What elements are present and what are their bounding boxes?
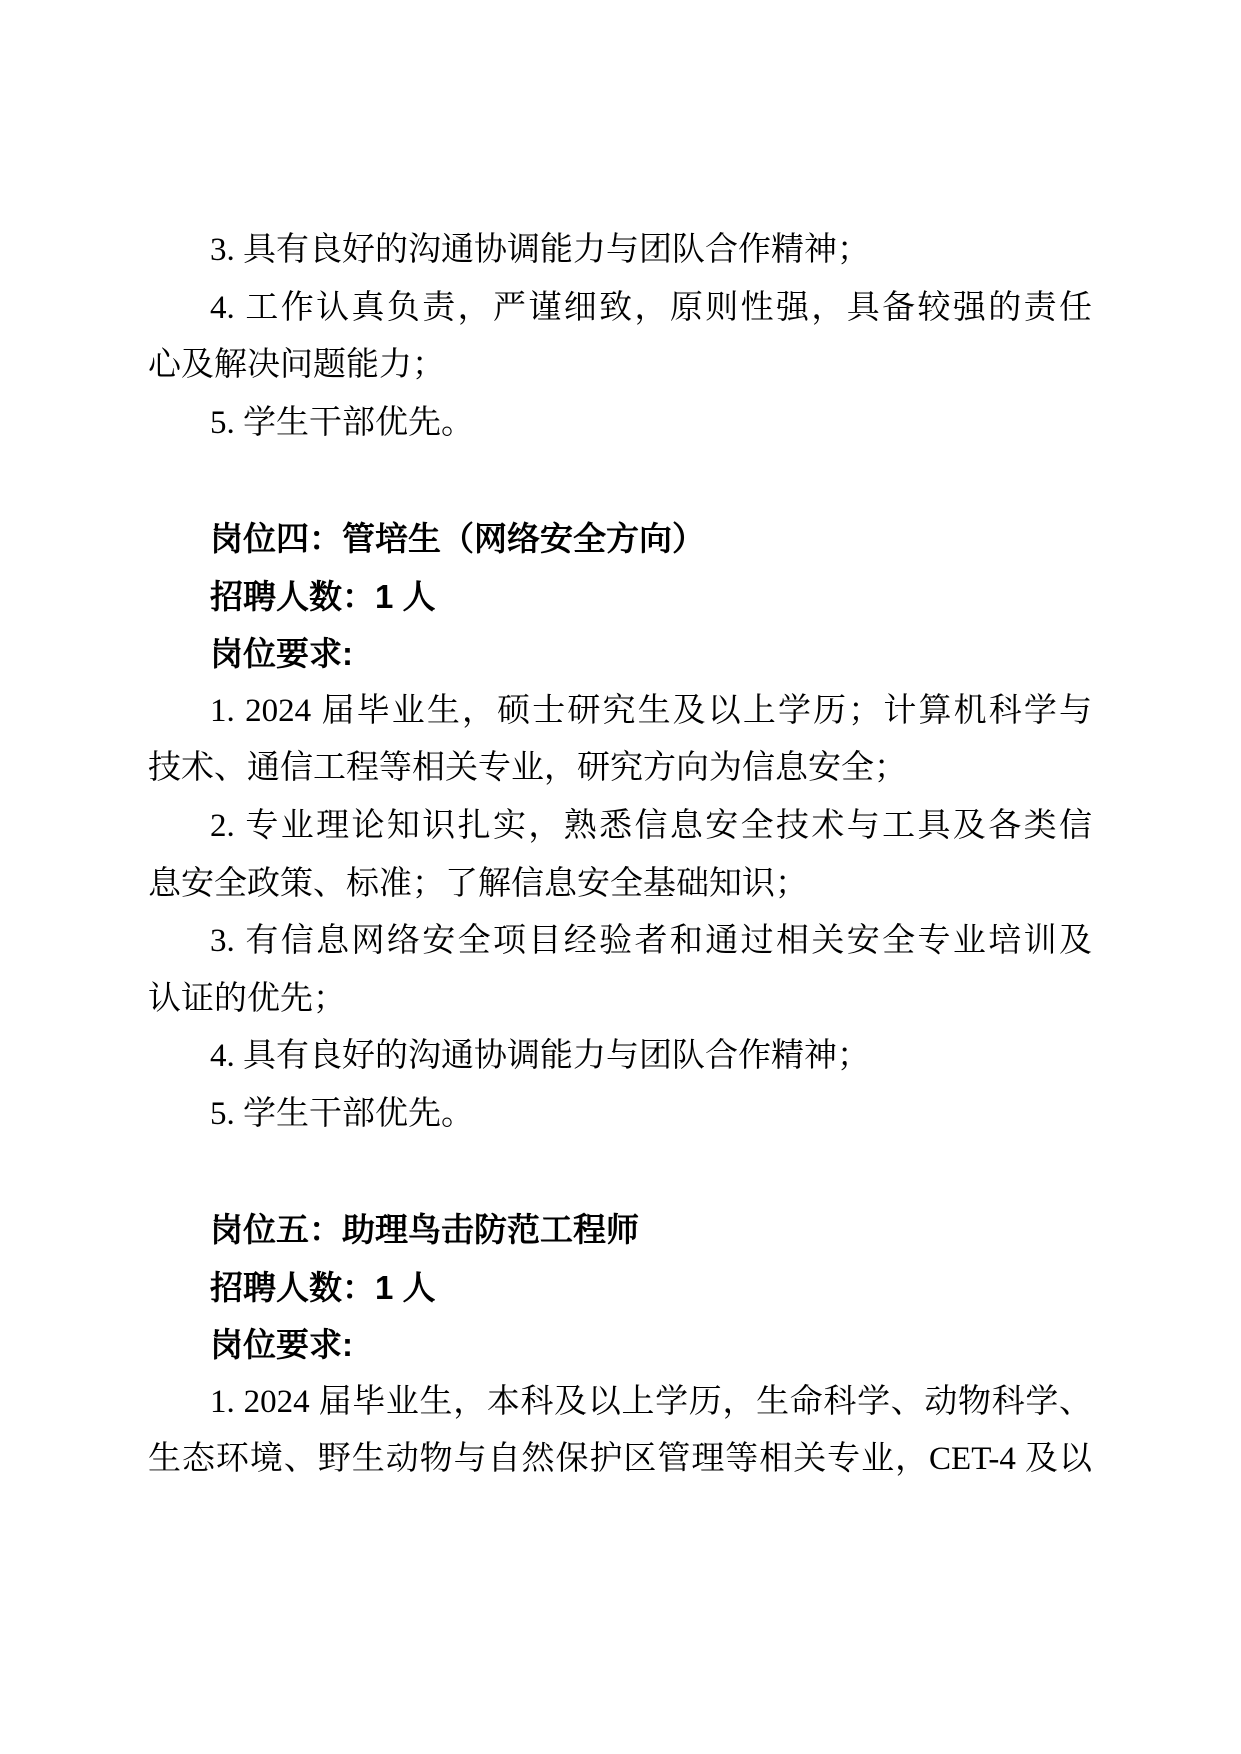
text-line: 1. 2024 届毕业生，硕士研究生及以上学历；计算机科学与	[148, 683, 1092, 741]
text-line: 认证的优先；	[148, 971, 1092, 1029]
text-line: 5. 学生干部优先。	[148, 395, 1092, 453]
section-heading: 岗位要求:	[148, 625, 1092, 683]
text-line: 岗位五：助理鸟击防范工程师	[148, 1201, 1092, 1259]
body-paragraph: 3. 具有良好的沟通协调能力与团队合作精神；	[148, 222, 1092, 280]
body-paragraph: 1. 2024 届毕业生，本科及以上学历，生命科学、动物科学、生态环境、野生动物…	[148, 1374, 1092, 1489]
text-line: 3. 具有良好的沟通协调能力与团队合作精神；	[148, 222, 1092, 280]
text-line: 3. 有信息网络安全项目经验者和通过相关安全专业培训及	[148, 913, 1092, 971]
body-paragraph: 2. 专业理论知识扎实，熟悉信息安全技术与工具及各类信息安全政策、标准；了解信息…	[148, 798, 1092, 913]
text-line: 岗位四：管培生（网络安全方向）	[148, 510, 1092, 568]
section-heading: 岗位五：助理鸟击防范工程师	[148, 1201, 1092, 1259]
text-line: 招聘人数：1 人	[148, 1259, 1092, 1317]
text-line: 4. 具有良好的沟通协调能力与团队合作精神；	[148, 1028, 1092, 1086]
body-paragraph: 1. 2024 届毕业生，硕士研究生及以上学历；计算机科学与技术、通信工程等相关…	[148, 683, 1092, 798]
section-heading: 招聘人数：1 人	[148, 568, 1092, 626]
paragraph-spacer	[148, 1144, 1092, 1202]
text-line: 2. 专业理论知识扎实，熟悉信息安全技术与工具及各类信	[148, 798, 1092, 856]
text-line: 1. 2024 届毕业生，本科及以上学历，生命科学、动物科学、	[148, 1374, 1092, 1432]
body-paragraph: 4. 工作认真负责，严谨细致，原则性强，具备较强的责任心及解决问题能力；	[148, 280, 1092, 395]
section-heading: 岗位四：管培生（网络安全方向）	[148, 510, 1092, 568]
document-content: 3. 具有良好的沟通协调能力与团队合作精神；4. 工作认真负责，严谨细致，原则性…	[148, 222, 1092, 1489]
paragraph-spacer	[148, 452, 1092, 510]
text-line: 岗位要求:	[148, 625, 1092, 683]
text-line: 息安全政策、标准；了解信息安全基础知识；	[148, 856, 1092, 914]
text-line: 4. 工作认真负责，严谨细致，原则性强，具备较强的责任	[148, 280, 1092, 338]
body-paragraph: 3. 有信息网络安全项目经验者和通过相关安全专业培训及认证的优先；	[148, 913, 1092, 1028]
body-paragraph: 5. 学生干部优先。	[148, 395, 1092, 453]
text-line: 技术、通信工程等相关专业，研究方向为信息安全；	[148, 740, 1092, 798]
text-line: 岗位要求:	[148, 1316, 1092, 1374]
body-paragraph: 4. 具有良好的沟通协调能力与团队合作精神；	[148, 1028, 1092, 1086]
text-line: 招聘人数：1 人	[148, 568, 1092, 626]
section-heading: 岗位要求:	[148, 1316, 1092, 1374]
text-line: 生态环境、野生动物与自然保护区管理等相关专业，CET-4 及以	[148, 1431, 1092, 1489]
text-line: 5. 学生干部优先。	[148, 1086, 1092, 1144]
document-page: 3. 具有良好的沟通协调能力与团队合作精神；4. 工作认真负责，严谨细致，原则性…	[0, 0, 1241, 1754]
section-heading: 招聘人数：1 人	[148, 1259, 1092, 1317]
text-line: 心及解决问题能力；	[148, 337, 1092, 395]
body-paragraph: 5. 学生干部优先。	[148, 1086, 1092, 1144]
